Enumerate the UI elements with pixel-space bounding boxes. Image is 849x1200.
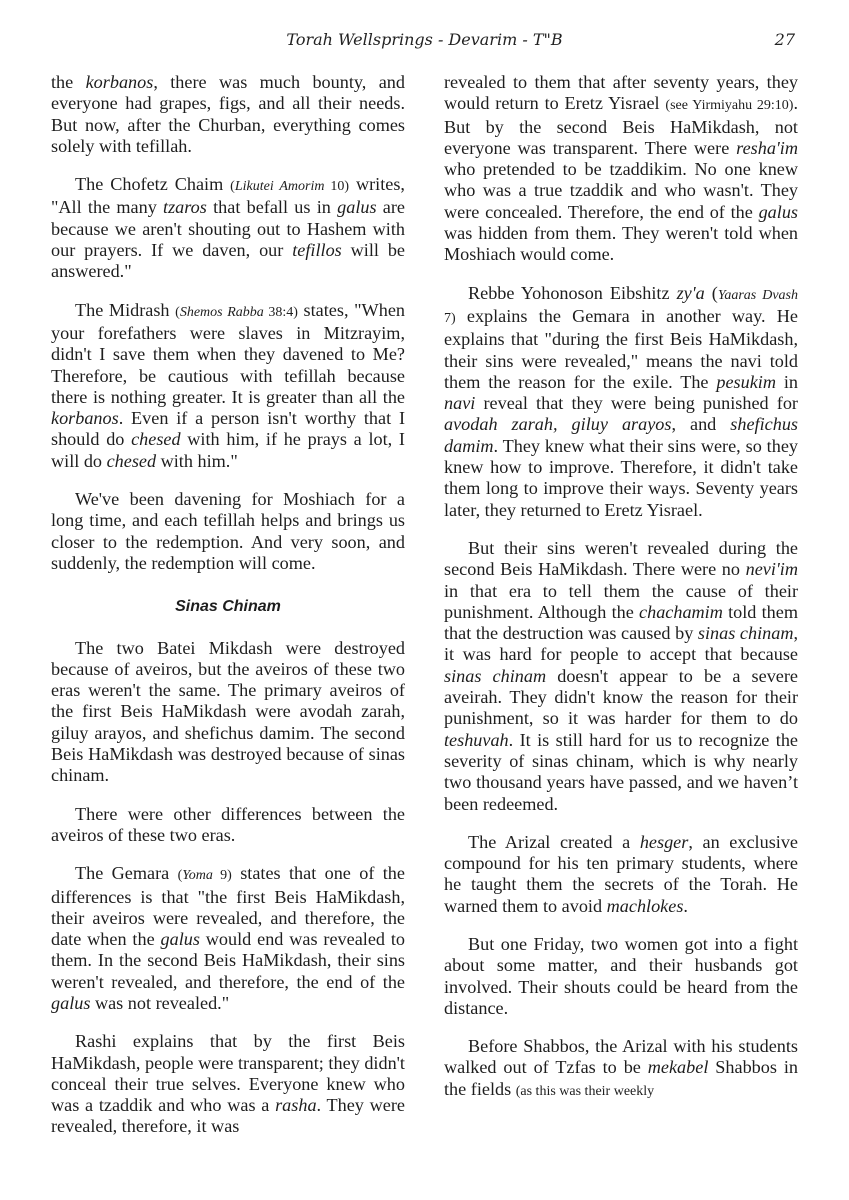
text-run: that befall us in	[207, 197, 337, 217]
italic-term: machlokes	[607, 896, 684, 916]
paragraph: Rebbe Yohonoson Eibshitz zy'a (Yaaras Dv…	[444, 283, 798, 521]
italic-term: Yoma	[182, 868, 213, 883]
paragraph: The Midrash (Shemos Rabba 38:4) states, …	[51, 300, 405, 472]
source-citation: 38:4)	[264, 305, 298, 320]
italic-term: resha'im	[736, 138, 798, 158]
italic-term: avodah zarah, giluy arayos	[444, 414, 671, 434]
italic-term: korbanos	[86, 72, 154, 92]
text-run: .	[683, 896, 688, 916]
text-run: in	[776, 372, 798, 392]
left-column: the korbanos, there was much bounty, and…	[51, 72, 405, 1155]
paragraph: The Arizal created a hesger, an exclusiv…	[444, 832, 798, 917]
italic-term: tefillos	[292, 240, 342, 260]
paragraph: Rashi explains that by the first Beis Ha…	[51, 1031, 405, 1137]
paragraph: We've been davening for Moshiach for a l…	[51, 489, 405, 574]
italic-term: rasha	[275, 1095, 316, 1115]
source-citation: 7)	[444, 311, 456, 326]
text-run: who pretended to be tzaddikim. No one kn…	[444, 159, 798, 222]
text-run: with him."	[156, 451, 238, 471]
italic-term: teshuvah	[444, 730, 509, 750]
text-run: reveal that they were being punished for	[475, 393, 798, 413]
paragraph: The Gemara (Yoma 9) states that one of t…	[51, 863, 405, 1014]
text-run: We've been davening for Moshiach for a l…	[51, 489, 405, 573]
italic-term: Shemos Rabba	[180, 305, 264, 320]
paragraph: But one Friday, two women got into a fig…	[444, 934, 798, 1019]
italic-term: navi	[444, 393, 475, 413]
paragraph: The Chofetz Chaim (Likutei Amorim 10) wr…	[51, 174, 405, 282]
text-run: , and	[671, 414, 730, 434]
italic-term: korbanos	[51, 408, 119, 428]
text-run: was not revealed."	[90, 993, 229, 1013]
section-heading: Sinas Chinam	[51, 596, 405, 617]
document-page: Torah Wellsprings - Devarim - T"B 27 the…	[0, 0, 849, 1200]
text-run: Rebbe Yohonoson Eibshitz	[468, 283, 677, 303]
paragraph: The two Batei Mikdash were destroyed bec…	[51, 638, 405, 787]
source-citation: (as this was their weekly	[516, 1084, 654, 1099]
paragraph: Before Shabbos, the Arizal with his stud…	[444, 1036, 798, 1102]
italic-term: Likutei Amorim	[235, 179, 325, 194]
italic-term: tzaros	[163, 197, 207, 217]
text-run: the	[51, 72, 86, 92]
text-run: (	[705, 283, 718, 303]
italic-term: pesukim	[716, 372, 776, 392]
italic-term: chesed	[107, 451, 156, 471]
source-citation: 10)	[324, 179, 349, 194]
right-column: revealed to them that after seventy year…	[444, 72, 798, 1119]
italic-term: nevi'im	[746, 559, 798, 579]
italic-term: galus	[161, 929, 200, 949]
book-title: Torah Wellsprings - Devarim - T"B	[0, 30, 849, 49]
italic-term: hesger	[640, 832, 689, 852]
paragraph: There were other differences between the…	[51, 804, 405, 847]
italic-term: galus	[759, 202, 798, 222]
page-number: 27	[775, 30, 795, 49]
italic-term: sinas chinam	[444, 666, 546, 686]
italic-term: galus	[51, 993, 90, 1013]
paragraph-continued: the korbanos, there was much bounty, and…	[51, 72, 405, 157]
running-header: Torah Wellsprings - Devarim - T"B 27	[0, 30, 849, 54]
paragraph-continued: revealed to them that after seventy year…	[444, 72, 798, 266]
italic-term: zy'a	[677, 283, 705, 303]
paragraph: But their sins weren't revealed during t…	[444, 538, 798, 815]
text-run: . They knew what their sins were, so the…	[444, 436, 798, 520]
text-run: The Gemara	[75, 863, 178, 883]
italic-term: chesed	[131, 429, 180, 449]
italic-term: mekabel	[648, 1057, 709, 1077]
source-citation: (see Yirmiyahu 29:10)	[665, 98, 793, 113]
source-citation: 9)	[213, 868, 232, 883]
text-run: There were other differences between the…	[51, 804, 405, 845]
italic-term: galus	[337, 197, 376, 217]
text-run: But one Friday, two women got into a fig…	[444, 934, 798, 1018]
italic-term: sinas chinam	[698, 623, 794, 643]
text-run: The Midrash	[75, 300, 175, 320]
text-run: The Chofetz Chaim	[75, 174, 230, 194]
text-run: The Arizal created a	[468, 832, 640, 852]
italic-term: chachamim	[639, 602, 723, 622]
italic-term: Yaaras Dvash	[718, 288, 798, 303]
text-run: The two Batei Mikdash were destroyed bec…	[51, 638, 405, 786]
text-run: was hidden from them. They weren't told …	[444, 223, 798, 264]
